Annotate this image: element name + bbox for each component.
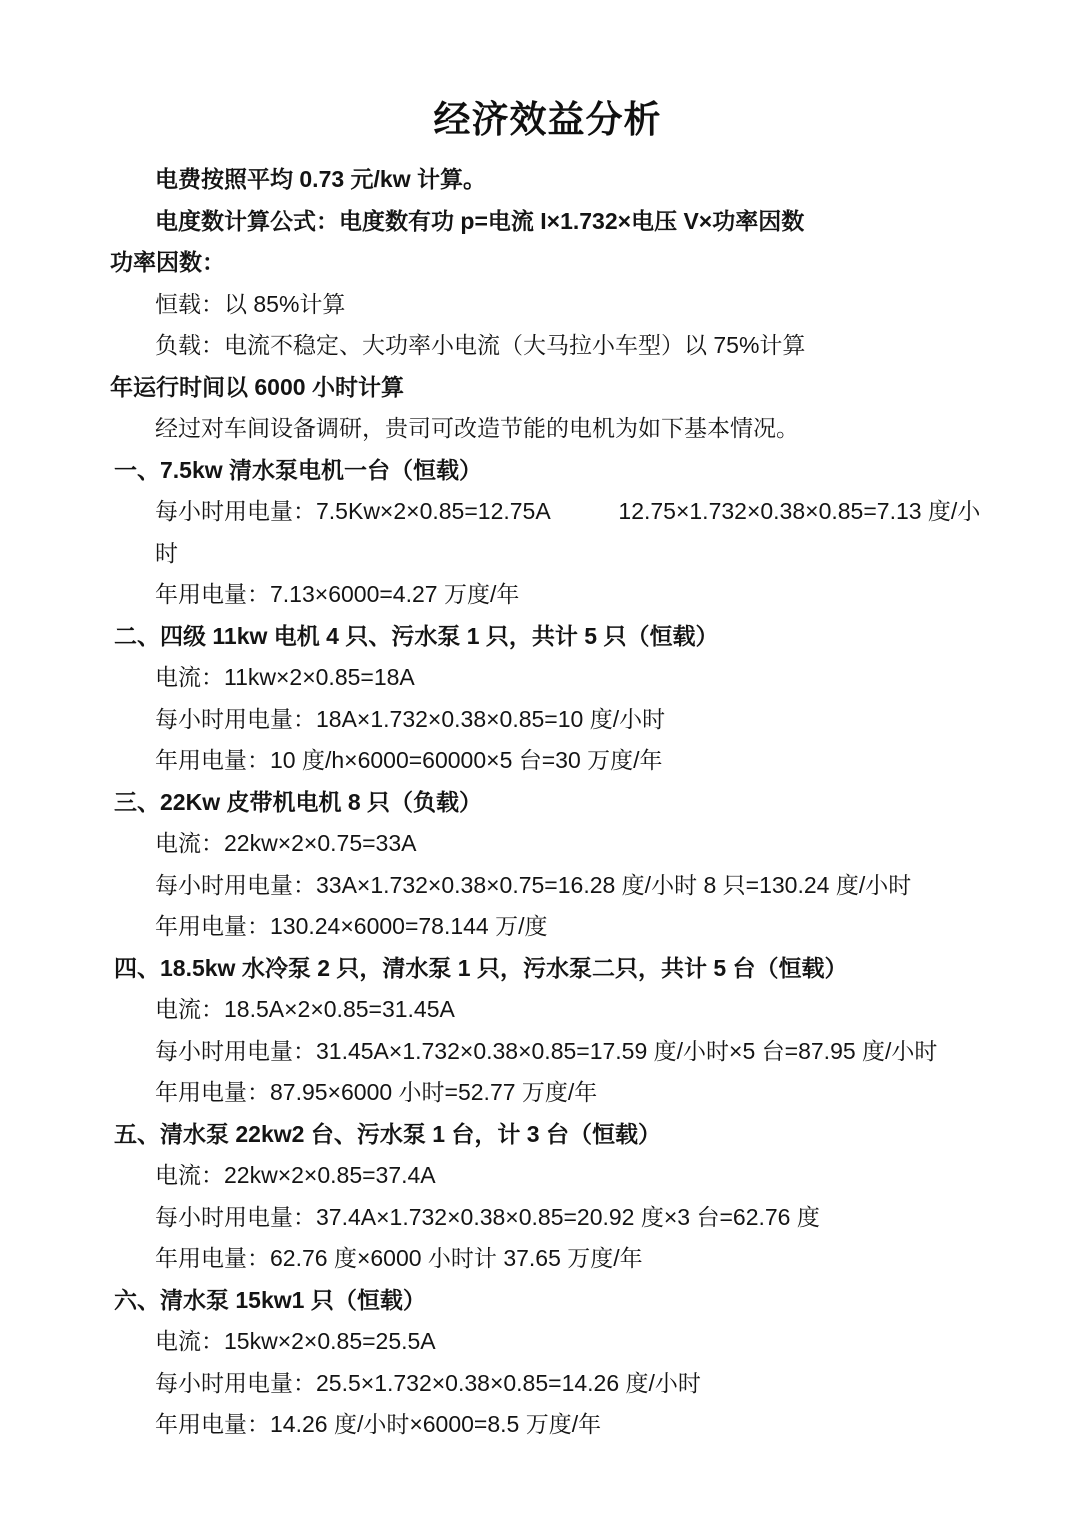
section-3-annual-usage: 年用电量：130.24×6000=78.144 万/度 xyxy=(110,906,985,948)
section-6-heading: 六、清水泵 15kw1 只（恒载） xyxy=(110,1280,985,1322)
section-1-heading: 一、7.5kw 清水泵电机一台（恒载） xyxy=(110,450,985,492)
section-3-hourly-usage: 每小时用电量：33A×1.732×0.38×0.75=16.28 度/小时 8 … xyxy=(110,865,985,907)
preamble-variable-load: 负载：电流不稳定、大功率小电流（大马拉小车型）以 75%计算 xyxy=(110,325,985,367)
section-6-hourly-usage: 每小时用电量：25.5×1.732×0.38×0.85=14.26 度/小时 xyxy=(110,1363,985,1405)
preamble-annual-hours: 年运行时间以 6000 小时计算 xyxy=(110,367,985,409)
document-page: 经济效益分析 电费按照平均 0.73 元/kw 计算。 电度数计算公式：电度数有… xyxy=(0,0,1080,1527)
section-6-annual-usage: 年用电量：14.26 度/小时×6000=8.5 万度/年 xyxy=(110,1404,985,1446)
section-4-current: 电流：18.5A×2×0.85=31.45A xyxy=(110,989,985,1031)
preamble-power-factor-label: 功率因数： xyxy=(110,242,985,284)
section-5-annual-usage: 年用电量：62.76 度×6000 小时计 37.65 万度/年 xyxy=(110,1238,985,1280)
section-1-hourly-usage: 每小时用电量：7.5Kw×2×0.85=12.75A 12.75×1.732×0… xyxy=(110,491,985,574)
section-5-hourly-usage: 每小时用电量：37.4A×1.732×0.38×0.85=20.92 度×3 台… xyxy=(110,1197,985,1239)
preamble-survey-note: 经过对车间设备调研，贵司可改造节能的电机为如下基本情况。 xyxy=(110,408,985,450)
section-3-heading: 三、22Kw 皮带机电机 8 只（负载） xyxy=(110,782,985,824)
section-6-current: 电流：15kw×2×0.85=25.5A xyxy=(110,1321,985,1363)
preamble-constant-load: 恒载：以 85%计算 xyxy=(110,284,985,326)
section-4-hourly-usage: 每小时用电量：31.45A×1.732×0.38×0.85=17.59 度/小时… xyxy=(110,1031,985,1073)
section-2-heading: 二、四级 11kw 电机 4 只、污水泵 1 只，共计 5 只（恒载） xyxy=(110,616,985,658)
section-4-annual-usage: 年用电量：87.95×6000 小时=52.77 万度/年 xyxy=(110,1072,985,1114)
section-2-annual-usage: 年用电量：10 度/h×6000=60000×5 台=30 万度/年 xyxy=(110,740,985,782)
section-4-heading: 四、18.5kw 水冷泵 2 只，清水泵 1 只，污水泵二只，共计 5 台（恒载… xyxy=(110,948,985,990)
section-2-hourly-usage: 每小时用电量：18A×1.732×0.38×0.85=10 度/小时 xyxy=(110,699,985,741)
section-5-current: 电流：22kw×2×0.85=37.4A xyxy=(110,1155,985,1197)
preamble-electricity-price: 电费按照平均 0.73 元/kw 计算。 xyxy=(110,159,985,201)
section-2-current: 电流：11kw×2×0.85=18A xyxy=(110,657,985,699)
preamble-formula: 电度数计算公式：电度数有功 p=电流 I×1.732×电压 V×功率因数 xyxy=(110,201,985,243)
section-1-annual-usage: 年用电量：7.13×6000=4.27 万度/年 xyxy=(110,574,985,616)
section-3-current: 电流：22kw×2×0.75=33A xyxy=(110,823,985,865)
page-title: 经济效益分析 xyxy=(110,98,985,142)
section-5-heading: 五、清水泵 22kw2 台、污水泵 1 台，计 3 台（恒载） xyxy=(110,1114,985,1156)
